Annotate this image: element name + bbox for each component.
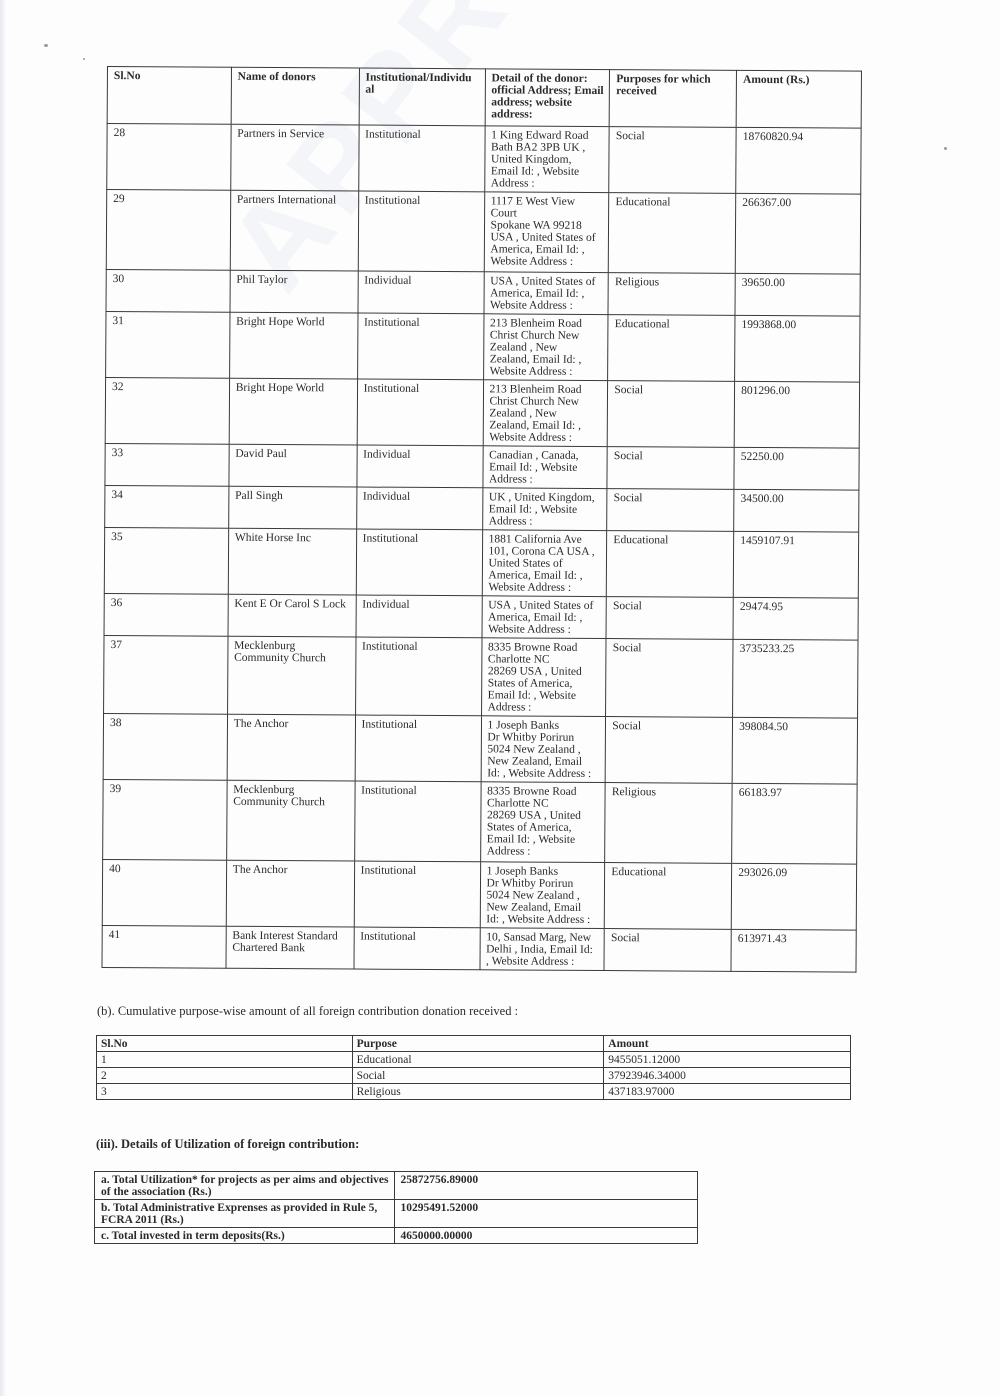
cell-donor-name: Partners International xyxy=(230,190,358,271)
cell-donor-name: White Horse Inc xyxy=(228,528,356,595)
cell-donor-detail: 1 Joseph Banks Dr Whitby Porirun 5024 Ne… xyxy=(480,862,605,929)
donor-row: 31Bright Hope WorldInstitutional213 Blen… xyxy=(106,311,860,382)
cell-sl-no: 31 xyxy=(106,311,230,378)
scan-speck xyxy=(83,58,85,60)
cell-donor-name: The Anchor xyxy=(226,860,354,927)
section-b-heading: (b). Cumulative purpose-wise amount of a… xyxy=(97,1004,518,1019)
cumulative-row: 1Educational9455051.12000 xyxy=(97,1052,851,1068)
cumulative-table-header: Sl.No Purpose Amount xyxy=(97,1036,851,1052)
utilization-table: a. Total Utilization* for projects as pe… xyxy=(94,1171,698,1244)
donor-row: 30Phil TaylorIndividualUSA , United Stat… xyxy=(106,269,860,316)
cumulative-row: 3Religious437183.97000 xyxy=(97,1084,851,1100)
cell-amount: 34500.00 xyxy=(734,489,859,532)
cell-utilization-value: 25872756.89000 xyxy=(394,1172,698,1200)
cell-donor-name: Bright Hope World xyxy=(229,312,357,379)
cell-sl-no: 37 xyxy=(104,635,228,714)
scan-speck xyxy=(44,44,48,47)
cell-donor-detail: 213 Blenheim Road Christ Church New Zeal… xyxy=(483,314,608,381)
cell-amount: 266367.00 xyxy=(735,193,860,274)
cell-donor-detail: USA , United States of America, Email Id… xyxy=(484,272,609,315)
cell-sl-no: 32 xyxy=(105,377,229,444)
cell-amount: 801296.00 xyxy=(734,381,859,448)
cell-purpose: Social xyxy=(609,127,736,194)
cell-sl-no: 41 xyxy=(102,925,226,968)
cell-sl-no: 33 xyxy=(105,443,229,486)
cell-donor-name: David Paul xyxy=(229,444,357,487)
cell-utilization-value: 10295491.52000 xyxy=(394,1200,698,1228)
cell-donor-type: Individual xyxy=(356,487,482,530)
cell-donor-type: Institutional xyxy=(355,715,481,782)
donor-row: 37Mecklenburg Community ChurchInstitutio… xyxy=(104,635,858,718)
header-detail: Detail of the donor: official Address; E… xyxy=(485,69,610,127)
cell-amount: 29474.95 xyxy=(733,597,858,640)
cell-donor-detail: 1 King Edward Road Bath BA2 3PB UK , Uni… xyxy=(484,126,609,193)
cell-sl-no: 2 xyxy=(97,1068,353,1084)
donors-table: Sl.No Name of donors Institutional/Indiv… xyxy=(101,66,861,973)
cell-donor-detail: 8335 Browne Road Charlotte NC 28269 USA … xyxy=(480,782,605,863)
cell-purpose: Social xyxy=(607,489,734,532)
cell-donor-type: Institutional xyxy=(356,529,482,596)
cell-sl-no: 28 xyxy=(107,124,231,191)
cell-sl-no: 39 xyxy=(103,779,227,860)
cell-amount: 3735233.25 xyxy=(733,639,858,718)
cell-purpose: Social xyxy=(606,639,733,718)
cell-donor-detail: 8335 Browne Road Charlotte NC 28269 USA … xyxy=(481,638,606,717)
donor-row: 36Kent E Or Carol S LockIndividualUSA , … xyxy=(104,593,858,640)
header-name: Name of donors xyxy=(231,67,359,125)
cell-sl-no: 1 xyxy=(97,1052,353,1068)
cumulative-purpose-table: Sl.No Purpose Amount 1Educational9455051… xyxy=(96,1035,851,1100)
cell-sl-no: 40 xyxy=(102,859,226,926)
cell-amount: 398084.50 xyxy=(732,717,857,784)
cell-donor-type: Institutional xyxy=(355,637,481,716)
donor-row: 35White Horse IncInstitutional1881 Calif… xyxy=(104,527,858,598)
cell-purpose: Educational xyxy=(605,863,732,930)
cell-donor-name: Mecklenburg Community Church xyxy=(226,780,354,861)
donor-row: 33David PaulIndividualCanadian , Canada,… xyxy=(105,443,859,490)
cell-donor-detail: 10, Sansad Marg, New Delhi , India, Emai… xyxy=(480,928,605,971)
cell-amount: 293026.09 xyxy=(731,863,856,930)
cell-purpose: Religious xyxy=(605,783,732,864)
cell-donor-detail: 1881 California Ave 101, Corona CA USA ,… xyxy=(482,530,607,597)
cell-donor-name: Pall Singh xyxy=(228,486,356,529)
donor-row: 29Partners InternationalInstitutional111… xyxy=(106,190,860,275)
cell-amount: 1993868.00 xyxy=(735,315,860,382)
cell-donor-name: Mecklenburg Community Church xyxy=(227,636,355,715)
cell-amount: 39650.00 xyxy=(735,273,860,316)
cell-sl-no: 38 xyxy=(103,713,227,780)
cell-utilization-value: 4650000.00000 xyxy=(394,1228,698,1244)
cell-donor-detail: 1117 E West View Court Spokane WA 99218 … xyxy=(484,192,609,273)
cell-donor-type: Institutional xyxy=(354,781,480,862)
cell-purpose: Religious xyxy=(608,273,735,316)
cell-donor-name: The Anchor xyxy=(227,714,355,781)
cell-donor-detail: Canadian , Canada, Email Id: , Website A… xyxy=(482,446,607,489)
cell-amount: 1459107.91 xyxy=(733,531,858,598)
header-purpose: Purpose xyxy=(352,1036,604,1052)
cell-amount: 613971.43 xyxy=(731,929,856,972)
cell-donor-type: Institutional xyxy=(358,125,484,192)
cell-donor-type: Institutional xyxy=(357,379,483,446)
header-amount: Amount xyxy=(604,1036,851,1052)
cell-sl-no: 29 xyxy=(106,190,230,271)
cell-sl-no: 35 xyxy=(104,527,228,594)
cell-purpose: Educational xyxy=(352,1052,604,1068)
cell-sl-no: 34 xyxy=(105,485,229,528)
cell-donor-type: Institutional xyxy=(354,927,480,970)
cell-utilization-label: b. Total Administrative Exprenses as pro… xyxy=(95,1200,395,1228)
cell-donor-detail: 213 Blenheim Road Christ Church New Zeal… xyxy=(483,380,608,447)
header-sl-no: Sl.No xyxy=(97,1036,353,1052)
donor-row: 34Pall SinghIndividualUK , United Kingdo… xyxy=(105,485,859,532)
donor-row: 32Bright Hope WorldInstitutional213 Blen… xyxy=(105,377,859,448)
cell-purpose: Social xyxy=(606,597,733,640)
cell-donor-detail: USA , United States of America, Email Id… xyxy=(482,596,607,639)
cell-purpose: Social xyxy=(604,929,731,972)
cell-purpose: Social xyxy=(608,381,735,448)
cell-sl-no: 30 xyxy=(106,269,230,312)
cell-purpose: Religious xyxy=(352,1084,604,1100)
cell-utilization-label: c. Total invested in term deposits(Rs.) xyxy=(95,1228,395,1244)
cell-donor-type: Institutional xyxy=(358,191,484,272)
cell-donor-name: Partners in Service xyxy=(230,124,358,191)
utilization-row: b. Total Administrative Exprenses as pro… xyxy=(95,1200,698,1228)
utilization-row: a. Total Utilization* for projects as pe… xyxy=(95,1172,698,1200)
cell-purpose: Educational xyxy=(608,315,735,382)
header-sl-no: Sl.No xyxy=(107,67,231,125)
cell-purpose: Social xyxy=(605,717,732,784)
cell-donor-detail: 1 Joseph Banks Dr Whitby Porirun 5024 Ne… xyxy=(481,716,606,783)
scan-speck xyxy=(944,147,947,150)
donor-row: 38The AnchorInstitutional1 Joseph Banks … xyxy=(103,713,857,784)
cell-amount: 37923946.34000 xyxy=(604,1068,851,1084)
donor-row: 40The AnchorInstitutional1 Joseph Banks … xyxy=(102,859,856,930)
donor-row: 41Bank Interest Standard Chartered BankI… xyxy=(102,925,856,972)
utilization-row: c. Total invested in term deposits(Rs.)4… xyxy=(95,1228,698,1244)
cell-donor-type: Individual xyxy=(358,271,484,314)
cell-amount: 52250.00 xyxy=(734,447,859,490)
cell-amount: 437183.97000 xyxy=(604,1084,851,1100)
cell-donor-type: Individual xyxy=(356,445,482,488)
cell-purpose: Educational xyxy=(609,193,736,274)
cell-sl-no: 36 xyxy=(104,593,228,636)
cell-utilization-label: a. Total Utilization* for projects as pe… xyxy=(95,1172,395,1200)
donors-table-header: Sl.No Name of donors Institutional/Indiv… xyxy=(107,67,861,129)
header-purpose: Purposes for which received xyxy=(609,70,736,128)
header-amount: Amount (Rs.) xyxy=(736,70,861,128)
donor-row: 39Mecklenburg Community ChurchInstitutio… xyxy=(103,779,857,864)
cell-purpose: Social xyxy=(352,1068,604,1084)
section-iii-heading: (iii). Details of Utilization of foreign… xyxy=(96,1137,359,1152)
cumulative-row: 2Social37923946.34000 xyxy=(97,1068,851,1084)
cell-purpose: Educational xyxy=(607,531,734,598)
scan-edge xyxy=(0,0,6,1396)
donor-row: 28Partners in ServiceInstitutional1 King… xyxy=(107,124,861,195)
cell-donor-detail: UK , United Kingdom, Email Id: , Website… xyxy=(482,488,607,531)
cell-amount: 18760820.94 xyxy=(736,127,861,194)
cell-amount: 66183.97 xyxy=(732,783,857,864)
header-type: Institutional/Individu al xyxy=(359,68,485,126)
cell-sl-no: 3 xyxy=(97,1084,353,1100)
cell-donor-type: Institutional xyxy=(357,313,483,380)
cell-donor-name: Bright Hope World xyxy=(229,378,357,445)
cell-donor-type: Institutional xyxy=(354,861,480,928)
cell-donor-name: Bank Interest Standard Chartered Bank xyxy=(226,926,354,969)
cell-donor-name: Kent E Or Carol S Lock xyxy=(228,594,356,637)
cell-amount: 9455051.12000 xyxy=(604,1052,851,1068)
cell-purpose: Social xyxy=(607,447,734,490)
cell-donor-type: Individual xyxy=(356,595,482,638)
cell-donor-name: Phil Taylor xyxy=(230,270,358,313)
